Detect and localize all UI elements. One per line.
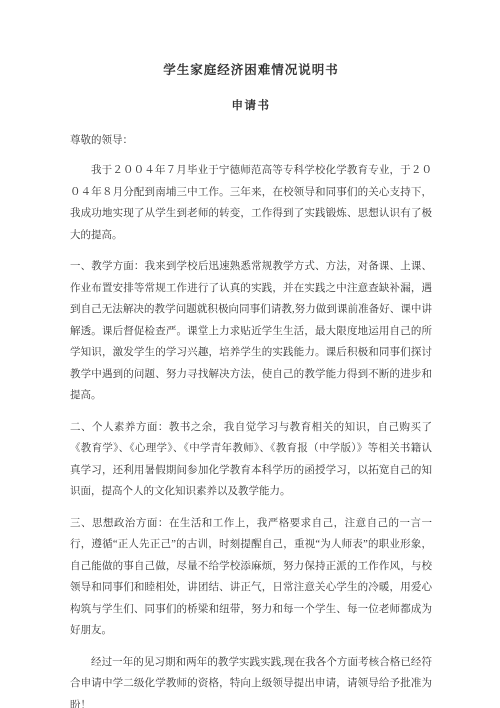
document-title: 学生家庭经济困难情况说明书 [70,60,432,81]
paragraph-introduction: 我于２００４年７月毕业于宁德师范高等专科学校化学教育专业，于２００４年８月分配到… [70,160,432,246]
document-subtitle: 申请书 [70,96,432,117]
paragraph-teaching-aspect: 一、教学方面：我来到学校后迅速熟悉常规教学方式、方法，对备课、上课、作业布置安排… [70,256,432,407]
paragraph-ideology-aspect: 三、思想政治方面：在生活和工作上，我严格要求自己，注意自己的一言一行，遵循“正人… [70,513,432,642]
paragraph-closing-request: 经过一年的见习期和两年的教学实践实践,现在我各个方面考核合格已经符合申请中学二级… [70,652,432,708]
salutation: 尊敬的领导： [70,130,432,151]
document-page: 学生家庭经济困难情况说明书 申请书 尊敬的领导： 我于２００４年７月毕业于宁德师… [0,0,500,708]
paragraph-personal-quality-aspect: 二、个人素养方面：教书之余，我自觉学习与教育相关的知识，自己购买了《教育学》、《… [70,417,432,503]
